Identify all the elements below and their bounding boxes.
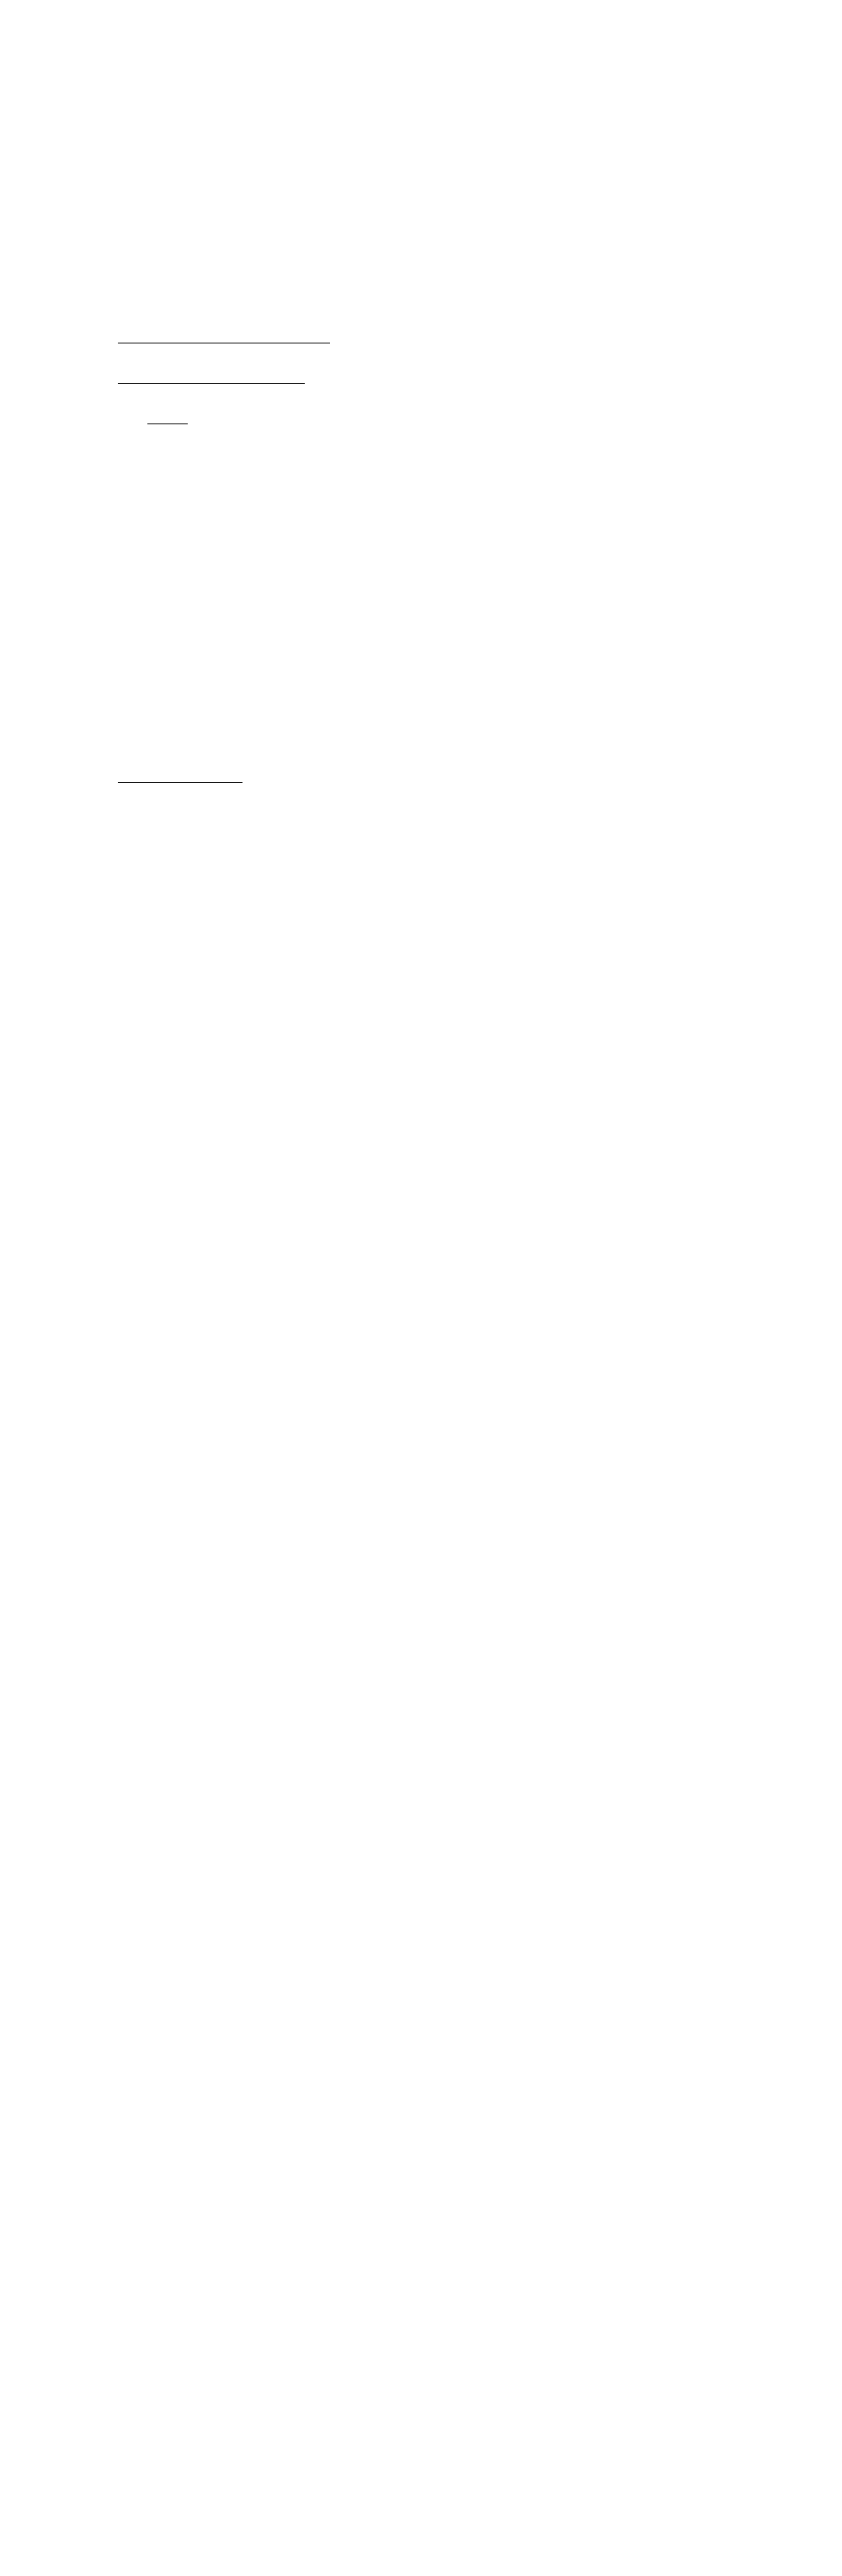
notice-month: [179, 782, 210, 783]
credit-code-value: [118, 343, 271, 343]
investigation-day: [173, 423, 188, 424]
notice-day: [210, 782, 242, 783]
investigation-month: [147, 423, 173, 424]
legal-rep-value: [271, 343, 330, 343]
credit-code-line: [118, 328, 330, 349]
address-line: [118, 369, 305, 389]
notice-year: [118, 782, 179, 783]
violation-law-line-3: [118, 768, 242, 788]
address-value: [118, 383, 305, 384]
investigation-line-1: [147, 409, 188, 429]
document-page: [0, 0, 842, 2382]
